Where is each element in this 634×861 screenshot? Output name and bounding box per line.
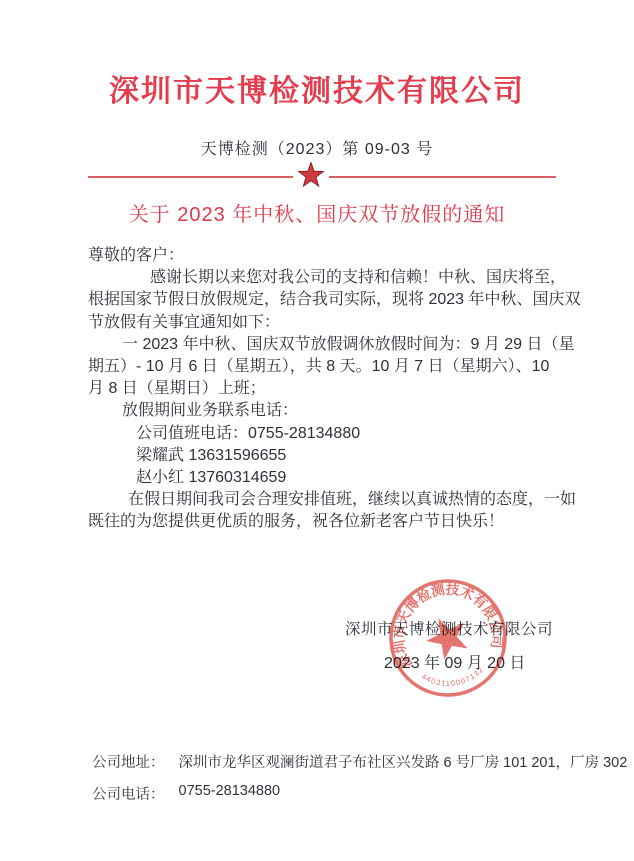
body-line-contact-2: 赵小红 13760314659 <box>88 467 558 489</box>
company-seal-stamp: 深圳市天博检测技术有限公司 4403110007132 <box>365 555 531 721</box>
body-line: 一 2023 年中秋、国庆双节放假调休放假时间为：9 月 29 日（星 <box>88 334 558 356</box>
body-line: 期五）- 10 月 6 日（星期五），共 8 天。10 月 7 日（星期六）、1… <box>88 356 558 378</box>
body-line: 月 8 日（星期日）上班； <box>88 378 558 400</box>
body-line: 在假日期间我司会合理安排值班，继续以真诚热情的态度，一如 <box>88 489 558 511</box>
address-label: 公司地址： <box>92 751 165 772</box>
body-line: 根据国家节假日放假规定，结合我司实际，现将 2023 年中秋、国庆双 <box>88 289 558 311</box>
svg-text:4403110007132: 4403110007132 <box>419 659 488 694</box>
divider-line-right <box>329 176 556 178</box>
star-icon <box>296 162 326 190</box>
phone-value: 0755-28134880 <box>179 783 281 804</box>
body-line-salutation: 尊敬的客户： <box>88 245 558 267</box>
notice-body: 尊敬的客户： 感谢长期以来您对我公司的支持和信赖！中秋、国庆将至， 根据国家节假… <box>88 245 558 534</box>
divider-line-left <box>88 176 293 178</box>
body-line-contact-1: 梁耀武 13631596655 <box>88 445 558 467</box>
seal-number-text: 4403110007132 <box>419 659 488 694</box>
seal-star-icon <box>420 609 475 663</box>
notice-title: 关于 2023 年中秋、国庆双节放假的通知 <box>0 198 634 227</box>
phone-label: 公司电话： <box>92 783 165 804</box>
address-value: 深圳市龙华区观澜街道君子布社区兴发路 6 号厂房 101 201，厂房 302 <box>179 751 628 772</box>
document-page: 深圳市天博检测技术有限公司 天博检测（2023）第 09-03 号 关于 202… <box>0 0 634 861</box>
body-line: 感谢长期以来您对我公司的支持和信赖！中秋、国庆将至， <box>88 267 558 289</box>
body-line: 放假期间业务联系电话： <box>88 400 558 422</box>
page-title: 深圳市天博检测技术有限公司 <box>0 66 634 110</box>
footer-phone-row: 公司电话： 0755-28134880 <box>92 783 280 804</box>
body-line-duty-phone: 公司值班电话：0755-28134880 <box>88 423 558 445</box>
body-line: 既往的为您提供更优质的服务，祝各位新老客户节日快乐！ <box>88 511 558 533</box>
body-line: 节放假有关事宜通知如下： <box>88 312 558 334</box>
footer-address-row: 公司地址： 深圳市龙华区观澜街道君子布社区兴发路 6 号厂房 101 201，厂… <box>92 751 627 772</box>
doc-number: 天博检测（2023）第 09-03 号 <box>0 136 634 159</box>
